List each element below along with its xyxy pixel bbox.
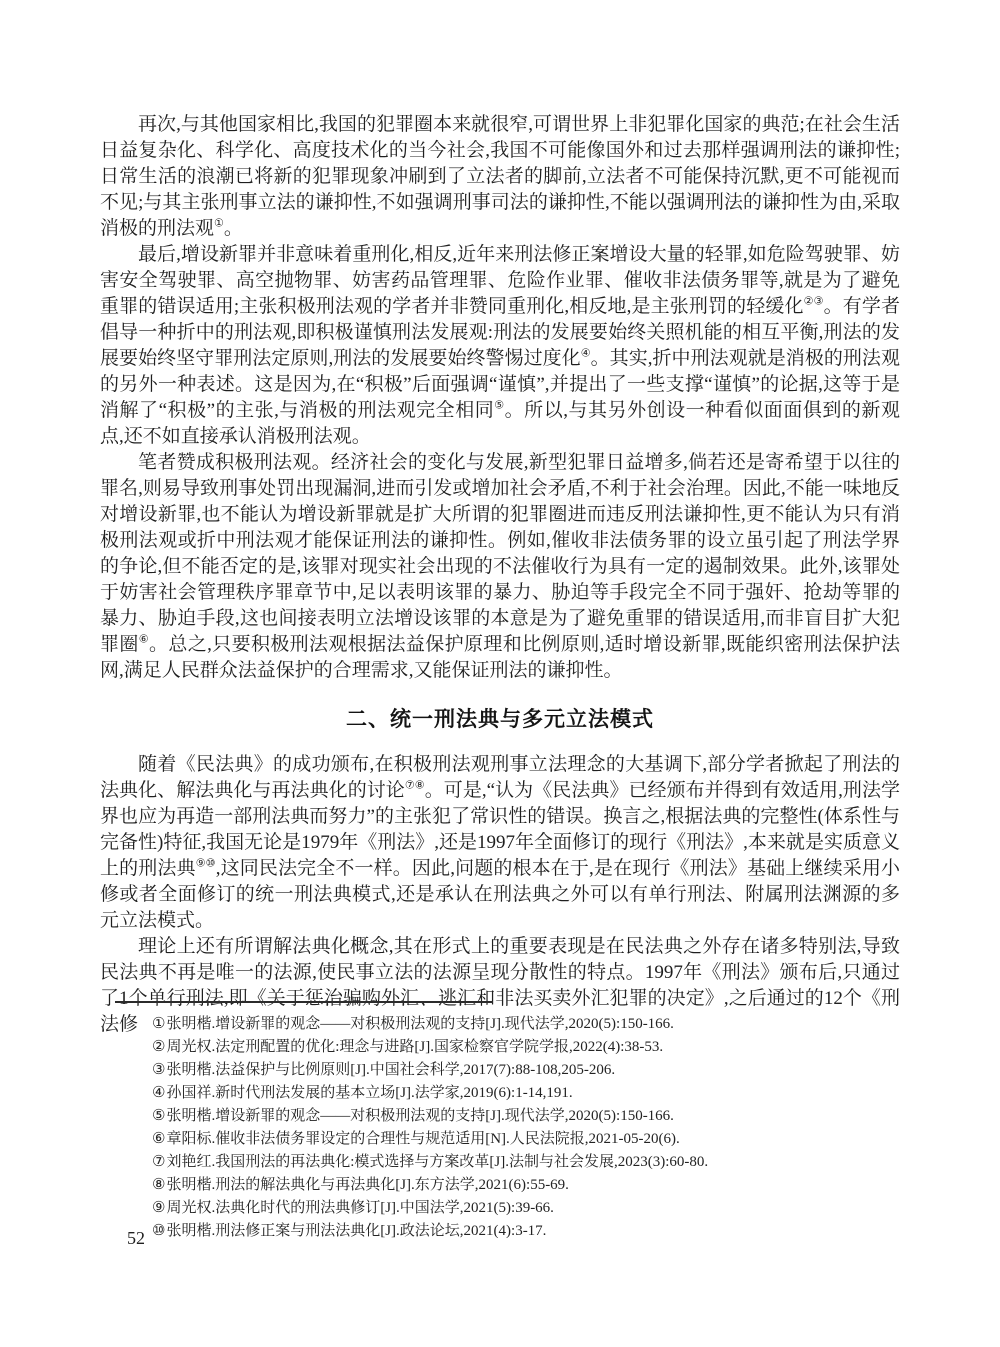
footnote-item: ⑤张明楷.增设新罪的观念——对积极刑法观的支持[J].现代法学,2020(5):… bbox=[100, 1105, 900, 1128]
footnote-item: ②周光权.法定刑配置的优化:理念与进路[J].国家检察官学院学报,2022(4)… bbox=[100, 1036, 900, 1059]
footnote-marker: ③ bbox=[152, 1062, 165, 1078]
footnote-item: ④孙国祥.新时代刑法发展的基本立场[J].法学家,2019(6):1-14,19… bbox=[100, 1082, 900, 1105]
footnote-text: 章阳标.催收非法债务罪设定的合理性与规范适用[N].人民法院报,2021-05-… bbox=[166, 1131, 679, 1147]
footnote-text: 周光权.法典化时代的刑法典修订[J].中国法学,2021(5):39-66. bbox=[166, 1200, 553, 1216]
footnote-text: 孙国祥.新时代刑法发展的基本立场[J].法学家,2019(6):1-14,191… bbox=[166, 1085, 572, 1101]
paragraph: 随着《民法典》的成功颁布,在积极刑法观刑事立法理念的大基调下,部分学者掀起了刑法… bbox=[100, 752, 900, 934]
footnote-marker: ① bbox=[152, 1016, 165, 1032]
footnote-ref: ④ bbox=[581, 348, 591, 360]
footnote-ref: ⑨⑩ bbox=[196, 858, 216, 870]
footnote-ref: ① bbox=[214, 218, 224, 230]
footnote-item: ⑧张明楷.刑法的解法典化与再法典化[J].东方法学,2021(6):55-69. bbox=[100, 1174, 900, 1197]
footnote-divider bbox=[115, 1001, 493, 1003]
footnote-text: 刘艳红.我国刑法的再法典化:模式选择与方案改革[J].法制与社会发展,2023(… bbox=[166, 1154, 708, 1170]
footnote-item: ⑦刘艳红.我国刑法的再法典化:模式选择与方案改革[J].法制与社会发展,2023… bbox=[100, 1151, 900, 1174]
footnote-text: 张明楷.法益保护与比例原则[J].中国社会科学,2017(7):88-108,2… bbox=[166, 1062, 615, 1078]
paragraph: 笔者赞成积极刑法观。经济社会的变化与发展,新型犯罪日益增多,倘若还是寄希望于以往… bbox=[100, 450, 900, 684]
footnote-ref: ⑦⑧ bbox=[405, 780, 425, 792]
journal-page: 再次,与其他国家相比,我国的犯罪圈本来就很窄,可谓世界上非犯罪化国家的典范;在社… bbox=[0, 0, 1000, 1347]
footnote-item: ⑨周光权.法典化时代的刑法典修订[J].中国法学,2021(5):39-66. bbox=[100, 1197, 900, 1220]
footnote-item: ③张明楷.法益保护与比例原则[J].中国社会科学,2017(7):88-108,… bbox=[100, 1059, 900, 1082]
page-body: 再次,与其他国家相比,我国的犯罪圈本来就很窄,可谓世界上非犯罪化国家的典范;在社… bbox=[100, 112, 900, 1038]
footnote-text: 张明楷.刑法修正案与刑法法典化[J].政法论坛,2021(4):3-17. bbox=[166, 1223, 546, 1239]
footnote-marker: ⑩ bbox=[152, 1223, 165, 1239]
footnote-block: ①张明楷.增设新罪的观念——对积极刑法观的支持[J].现代法学,2020(5):… bbox=[100, 1001, 900, 1243]
paragraph: 最后,增设新罪并非意味着重刑化,相反,近年来刑法修正案增设大量的轻罪,如危险驾驶… bbox=[100, 242, 900, 450]
footnote-marker: ② bbox=[152, 1039, 165, 1055]
page-number: 52 bbox=[127, 1228, 145, 1249]
footnote-marker: ④ bbox=[152, 1085, 165, 1101]
footnote-ref: ⑤ bbox=[494, 400, 504, 412]
footnote-item: ⑩张明楷.刑法修正案与刑法法典化[J].政法论坛,2021(4):3-17. bbox=[100, 1220, 900, 1243]
footnote-text: 张明楷.刑法的解法典化与再法典化[J].东方法学,2021(6):55-69. bbox=[166, 1177, 568, 1193]
footnote-ref: ⑥ bbox=[139, 634, 149, 646]
footnote-marker: ⑨ bbox=[152, 1200, 165, 1216]
footnote-text: 张明楷.增设新罪的观念——对积极刑法观的支持[J].现代法学,2020(5):1… bbox=[166, 1016, 673, 1032]
footnote-marker: ⑧ bbox=[152, 1177, 165, 1193]
footnote-marker: ⑦ bbox=[152, 1154, 165, 1170]
section-heading: 二、统一刑法典与多元立法模式 bbox=[100, 705, 900, 734]
footnote-item: ①张明楷.增设新罪的观念——对积极刑法观的支持[J].现代法学,2020(5):… bbox=[100, 1013, 900, 1036]
footnote-text: 张明楷.增设新罪的观念——对积极刑法观的支持[J].现代法学,2020(5):1… bbox=[166, 1108, 673, 1124]
paragraph: 再次,与其他国家相比,我国的犯罪圈本来就很窄,可谓世界上非犯罪化国家的典范;在社… bbox=[100, 112, 900, 242]
footnote-item: ⑥章阳标.催收非法债务罪设定的合理性与规范适用[N].人民法院报,2021-05… bbox=[100, 1128, 900, 1151]
footnote-text: 周光权.法定刑配置的优化:理念与进路[J].国家检察官学院学报,2022(4):… bbox=[166, 1039, 663, 1055]
footnote-ref: ②③ bbox=[804, 296, 824, 308]
footnote-list: ①张明楷.增设新罪的观念——对积极刑法观的支持[J].现代法学,2020(5):… bbox=[100, 1013, 900, 1243]
footnote-marker: ⑤ bbox=[152, 1108, 165, 1124]
footnote-marker: ⑥ bbox=[152, 1131, 165, 1147]
